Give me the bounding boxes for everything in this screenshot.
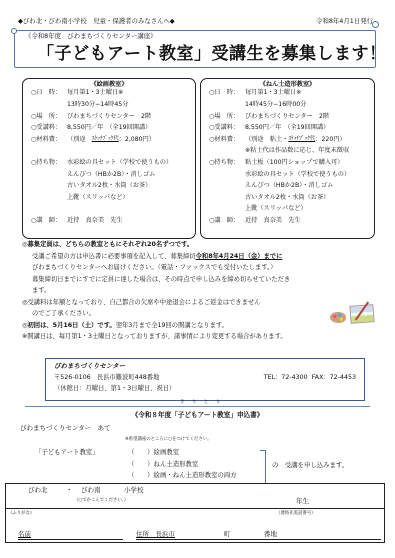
row-label: ○場 所：	[209, 113, 245, 125]
grade-label: 年生	[296, 497, 309, 506]
apply-text: の 受講を申し込みます。	[272, 461, 348, 470]
row-value: 8,550円／年 （全19回開講）	[67, 124, 151, 136]
note-fee: ◎受講料は年額となっており、自己都合の欠席や中途退会によるご返金はできません	[22, 297, 392, 309]
address-label: 住所 長浜市	[136, 530, 175, 539]
row-value: 毎月第1・3土曜日※	[245, 89, 301, 101]
row-value: びわまちづくりセンター 2階	[67, 113, 151, 125]
notes-section: ◎募集定員は、どちらの教室ともにそれぞれ20名ずつです。 受講ご希望の方は申込書…	[22, 239, 392, 343]
banner-subtitle: 《令和8年度 びわまちづくりセンター講座》	[25, 32, 157, 41]
row-value: びわまちづくりセンター 2階	[245, 113, 329, 125]
furigana-label: （ふりがな）	[8, 511, 34, 517]
phone-label: （連絡先電話番号）	[276, 511, 316, 517]
option-painting[interactable]: （ ）絵画教室	[128, 447, 179, 459]
page-title: 「子どもアート教室」受講生を募集します！	[37, 43, 387, 66]
center-name: びわまちづくりセンター	[54, 361, 356, 372]
row-value: えんぴつ（HBか2B）・消しゴム	[67, 171, 155, 183]
issue-date: 令和8年4月1日発行	[316, 17, 373, 26]
note-first-day: ◎初回は、5月16日（土）です。	[22, 322, 116, 329]
row-value: （別途 粘土・	[245, 136, 288, 148]
row-value: （別途	[67, 136, 92, 148]
school-north[interactable]: びわ北	[28, 486, 48, 495]
row-value: 古いタオル2枚・水筒（お茶）	[67, 182, 151, 194]
row-label: ○受講料：	[31, 124, 67, 136]
row-label: ○材料費：	[31, 136, 67, 148]
row-label: ○場 所：	[31, 113, 67, 125]
note-capacity: ◎募集定員は、どちらの教室ともにそれぞれ20名ずつです。	[22, 239, 392, 251]
scroll-curl-decoration	[372, 21, 379, 28]
row-value-suffix: ：2,080円）	[119, 136, 155, 148]
school-row: びわ北 ・ びわ南 小学校 （○でかこんでください。） 年生	[6, 484, 384, 509]
name-label: 名前	[18, 530, 31, 539]
center-closed-days: （休館日：月曜日、第1・3日曜日、祝日）	[54, 383, 356, 394]
row-label: ○日 時：	[209, 89, 245, 101]
row-value: ※粘土代は作品数に応じ、年度末徴収	[245, 147, 349, 159]
form-hint: ※希望講座のところに○をつけてください。	[125, 437, 212, 443]
row-value: 粘土板（100円ショップで購入可）	[245, 159, 344, 171]
underlined-item: ｽｹｯﾁﾌﾞｯｸ代	[92, 136, 119, 148]
title-banner: 《令和8年度 びわまちづくりセンター講座》 「子どもアート教室」受講生を募集しま…	[14, 30, 376, 68]
note-full: 募集締切日までにすでに定員に達した場合は、その時点で申し込みを締め切らせていただ…	[22, 274, 392, 286]
painting-class-box: 《絵画教室》 ○日 時：毎月第1・3土曜日※ 13時30分−14時45分 ○場 …	[22, 78, 196, 239]
row-value: 上靴（スリッパなど）	[245, 205, 307, 217]
choice-bracket	[260, 450, 266, 484]
program-name: 「子どもアート教室」	[35, 447, 128, 459]
row-value: 13時30分−14時45分	[67, 101, 128, 113]
row-value-suffix: ：220円）	[315, 136, 345, 148]
row-label: ○持ち物：	[209, 159, 245, 171]
row-label: ○日 時：	[31, 89, 67, 101]
row-value: 水彩絵の具セット（学校で使うもの）	[245, 171, 350, 183]
row-value: 古いタオル2枚・水筒（お茶）	[245, 194, 329, 206]
town-label: 町	[224, 530, 231, 539]
row-value: 上靴（スリッパなど）	[67, 194, 129, 206]
row-value: 8,550円／年 （全19回開講）	[245, 124, 329, 136]
row-value: 近持 真奈美 先生	[67, 217, 123, 229]
center-tel: TEL：72-4300	[264, 374, 308, 381]
center-info-box: びわまちづくりセンター 〒526-0106 長浜市難波町448番地 TEL：72…	[45, 358, 365, 401]
school-separator: ・	[66, 486, 73, 495]
clay-class-box: 《ねん土造形教室》 ○日 時：毎月第1・3土曜日※ 14時45分−16時00分 …	[200, 78, 375, 239]
form-title: 《令和８年度「子どもアート教室」申込書》	[0, 411, 395, 420]
name-field[interactable]	[18, 539, 123, 540]
note-schedule-change: ※開講日は、毎月第1・3土曜日となっておりますが、諸事情により変更する場合があり…	[22, 331, 392, 343]
paint-palette-icon	[330, 312, 346, 323]
note-deliver: びわまちづくりセンターへお届けください。（電話・ファックスでも受付いたします。）	[22, 262, 392, 274]
row-value: 毎月第1・3土曜日※	[67, 89, 123, 101]
note-first-day-rest: 翌年3月まで全19回の開講となります。	[116, 322, 228, 329]
cut-line	[25, 406, 370, 407]
school-suffix: 小学校	[124, 486, 144, 495]
application-form-table: びわ北 ・ びわ南 小学校 （○でかこんでください。） 年生 （ふりがな） （連…	[5, 483, 385, 543]
note-apply: 受講ご希望の方は申込書に必要事項を記入して、募集締切	[32, 253, 196, 260]
center-address: 〒526-0106 長浜市難波町448番地	[54, 372, 159, 383]
row-label: ○材料費：	[209, 136, 245, 148]
option-both[interactable]: （ ）絵画・ねん土造形教室の両方	[128, 470, 237, 482]
row-label: ○受講料：	[209, 124, 245, 136]
row-label: ○講 師：	[209, 217, 245, 229]
school-hint: （○でかこんでください。）	[74, 498, 128, 504]
option-clay[interactable]: （ ）ねん土造形教室	[128, 459, 198, 471]
header-line: ◆びわ北・びわ南小学校 児童・保護者のみなさんへ◆ 令和8年4月1日発行	[18, 17, 373, 26]
audience-text: ◆びわ北・びわ南小学校 児童・保護者のみなさんへ◆	[18, 17, 175, 26]
underlined-item: ｽｹｯﾁﾌﾞｯｸ代	[288, 136, 315, 148]
row-label: ○講 師：	[31, 217, 67, 229]
row-label: ○持ち物：	[31, 159, 67, 171]
form-addressee: びわまちづくりセンター あて	[20, 424, 111, 433]
lot-label: 番地	[264, 530, 277, 539]
note-deadline: 令和8年4月24日（金）までに	[196, 253, 283, 260]
address-field[interactable]	[136, 539, 381, 540]
school-south[interactable]: びわ南	[81, 486, 101, 495]
scroll-curl-decoration	[11, 28, 17, 34]
note-full-cont: ます。	[22, 285, 392, 297]
row-value: 14時45分−16時00分	[245, 101, 306, 113]
center-fax: FAX：72-4453	[312, 374, 356, 381]
course-choices: 「子どもアート教室」（ ）絵画教室 （ ）ねん土造形教室 （ ）絵画・ねん土造形…	[35, 447, 237, 482]
row-value: 近持 真奈美 先生	[245, 217, 301, 229]
row-value: えんぴつ（HBか2B）・消しゴム	[245, 182, 333, 194]
row-value: 水彩絵の具セット（学校で使うもの）	[67, 159, 172, 171]
